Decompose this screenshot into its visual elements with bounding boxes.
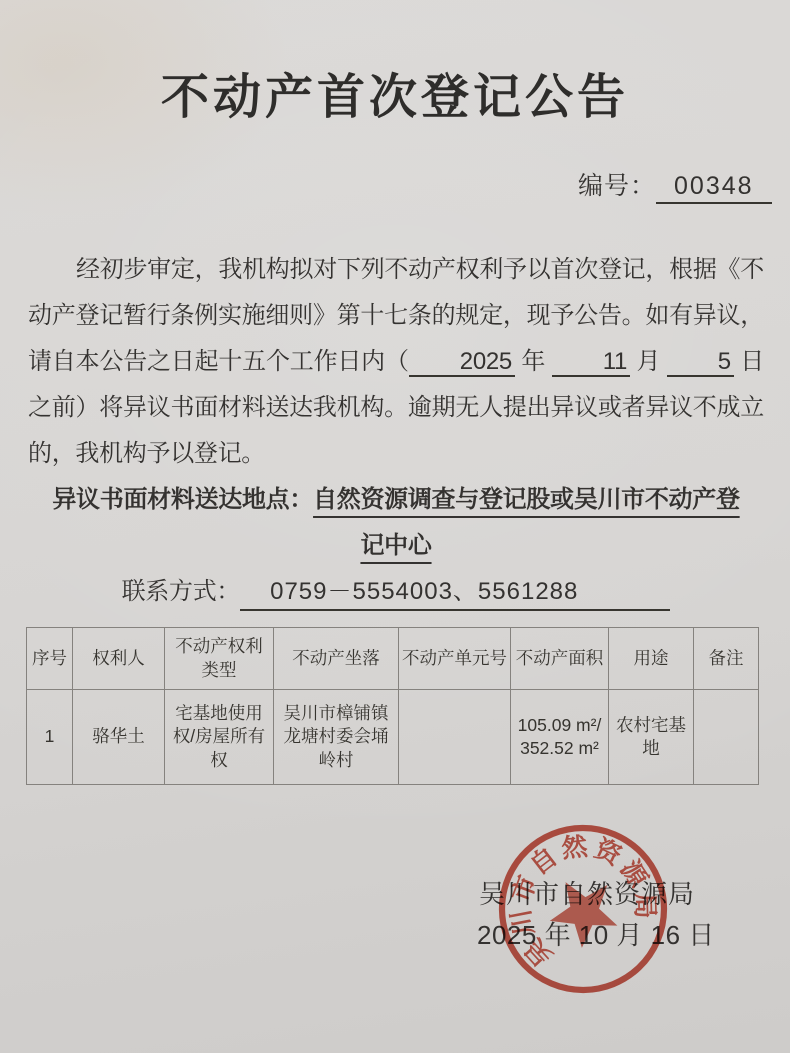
cell-unit-number [399,690,511,785]
main-paragraph: 经初步审定，我机构拟对下列不动产权利予以首次登记，根据《不动产登记暂行条例实施细… [28,247,764,477]
page-title: 不动产首次登记公告 [0,58,790,127]
cell-remarks [694,690,759,785]
delivery-address-line: 异议书面材料送达地点：自然资源调查与登记股或吴川市不动产登记中心 [28,477,764,569]
cell-rights-holder: 骆华土 [73,690,165,785]
seal-star-icon [539,868,626,955]
doc-number-value: 00348 [656,172,772,204]
header-seq: 序号 [27,628,73,690]
deadline-month: 11 [552,349,630,377]
header-remarks: 备注 [694,628,759,690]
deadline-day: 5 [667,349,734,377]
registration-table: 序号 权利人 不动产权利类型 不动产坐落 不动产单元号 不动产面积 用途 备注 … [26,627,759,785]
table-header-row: 序号 权利人 不动产权利类型 不动产坐落 不动产单元号 不动产面积 用途 备注 [27,628,759,690]
cell-location: 吴川市樟铺镇龙塘村委会埇岭村 [274,690,399,785]
cell-area: 105.09 m²/ 352.52 m² [511,690,609,785]
doc-number-label: 编号： [578,172,656,200]
header-right-type: 不动产权利类型 [165,628,274,690]
contact-phone-numbers: 0759－5554003、5561288 [240,578,670,611]
doc-number: 编号：00348 [578,166,772,204]
header-unit-number: 不动产单元号 [399,628,511,690]
year-unit: 年 [515,348,552,375]
deadline-year: 2025 [409,349,515,377]
official-seal: 吴川市自然资源局 [490,820,676,998]
header-usage: 用途 [609,628,694,690]
contact-line: 联系方式：0759－5554003、5561288 [28,569,764,615]
header-area: 不动产面积 [511,628,609,690]
cell-right-type: 宅基地使用权/房屋所有权 [165,690,274,785]
table-row: 1 骆华土 宅基地使用权/房屋所有权 吴川市樟铺镇龙塘村委会埇岭村 105.09… [27,690,759,785]
cell-seq: 1 [27,690,73,785]
announcement-document: 不动产首次登记公告 编号：00348 经初步审定，我机构拟对下列不动产权利予以首… [0,0,790,1053]
body-text: 经初步审定，我机构拟对下列不动产权利予以首次登记，根据《不动产登记暂行条例实施细… [28,247,764,615]
delivery-address-value: 自然资源调查与登记股或吴川市不动产登记中心 [313,486,740,559]
header-rights-holder: 权利人 [73,628,165,690]
header-location: 不动产坐落 [274,628,399,690]
contact-label: 联系方式： [122,578,241,605]
month-unit: 月 [630,348,667,375]
delivery-address-label: 异议书面材料送达地点： [52,486,313,513]
cell-usage: 农村宅基地 [609,690,694,785]
